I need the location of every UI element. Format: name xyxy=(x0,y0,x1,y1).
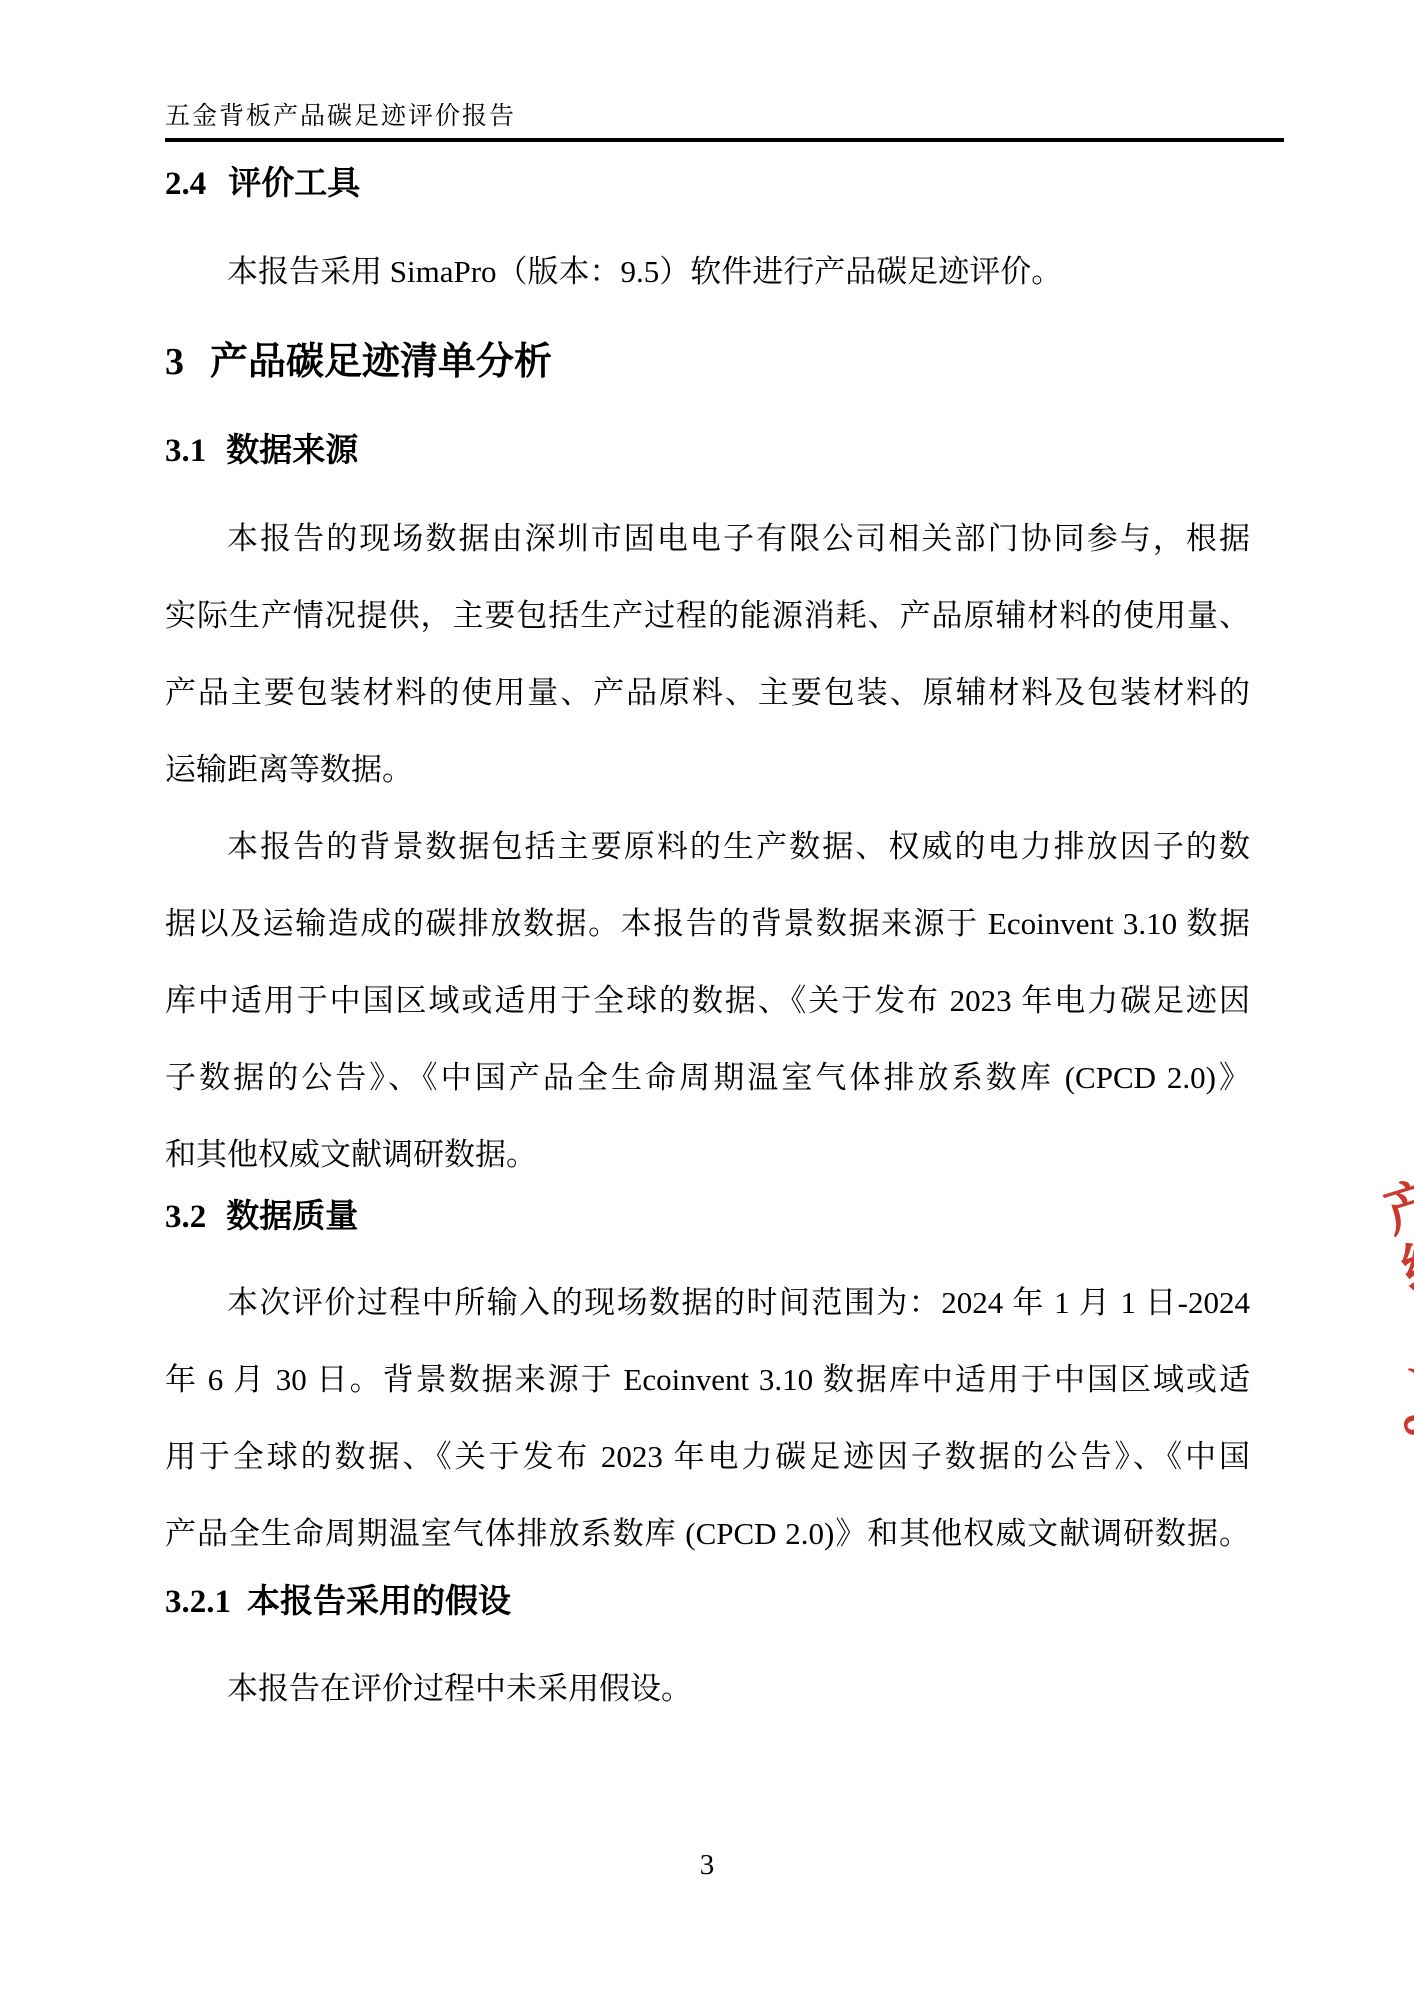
heading-3-2-title: 数据质量 xyxy=(226,1197,358,1234)
paragraph-line: 和其他权威文献调研数据。 xyxy=(165,1116,1250,1193)
paragraph-line: 本报告的现场数据由深圳市固电电子有限公司相关部门协同参与，根据 xyxy=(165,500,1250,577)
paragraph-line: 本报告在评价过程中未采用假设。 xyxy=(165,1650,1250,1727)
header-rule xyxy=(165,138,1284,142)
paragraph-data-source-1: 本报告的现场数据由深圳市固电电子有限公司相关部门协同参与，根据 实际生产情况提供… xyxy=(165,500,1250,808)
document-page: 五金背板产品碳足迹评价报告 2.4评价工具 本报告采用 SimaPro（版本：9… xyxy=(0,0,1414,2000)
paragraph-line: 实际生产情况提供，主要包括生产过程的能源消耗、产品原辅材料的使用量、 xyxy=(165,577,1250,654)
heading-3-number: 3 xyxy=(165,341,184,383)
page-number: 3 xyxy=(0,1845,1414,1885)
paragraph-data-source-2: 本报告的背景数据包括主要原料的生产数据、权威的电力排放因子的数 据以及运输造成的… xyxy=(165,808,1250,1193)
heading-3: 3产品碳足迹清单分析 xyxy=(165,337,1250,387)
paragraph-line: 本报告采用 SimaPro（版本：9.5）软件进行产品碳足迹评价。 xyxy=(165,233,1250,310)
heading-2-4: 2.4评价工具 xyxy=(165,162,1250,205)
paragraph-assumptions: 本报告在评价过程中未采用假设。 xyxy=(165,1650,1250,1727)
paragraph-line: 本报告的背景数据包括主要原料的生产数据、权威的电力排放因子的数 xyxy=(165,808,1250,885)
paragraph-data-quality: 本次评价过程中所输入的现场数据的时间范围为：2024 年 1 月 1 日-202… xyxy=(165,1264,1250,1572)
heading-2-4-title: 评价工具 xyxy=(228,164,360,201)
heading-3-1-title: 数据来源 xyxy=(226,431,358,468)
heading-3-2-1: 3.2.1本报告采用的假设 xyxy=(165,1580,1250,1623)
paragraph-line: 用于全球的数据、《关于发布 2023 年电力碳足迹因子数据的公告》、《中国 xyxy=(165,1418,1250,1495)
paragraph-line: 产品主要包装材料的使用量、产品原料、主要包装、原辅材料及包装材料的 xyxy=(165,654,1250,731)
paragraph-line: 库中适用于中国区域或适用于全球的数据、《关于发布 2023 年电力碳足迹因 xyxy=(165,962,1250,1039)
heading-3-1-number: 3.1 xyxy=(165,433,206,469)
heading-2-4-number: 2.4 xyxy=(165,166,206,202)
heading-3-1: 3.1数据来源 xyxy=(165,429,1250,472)
heading-3-2-1-number: 3.2.1 xyxy=(165,1584,231,1620)
paragraph-line: 年 6 月 30 日。背景数据来源于 Ecoinvent 3.10 数据库中适用… xyxy=(165,1341,1250,1418)
paragraph-line: 运输距离等数据。 xyxy=(165,731,1250,808)
heading-3-2-number: 3.2 xyxy=(165,1199,206,1235)
paragraph-evaluation-tool: 本报告采用 SimaPro（版本：9.5）软件进行产品碳足迹评价。 xyxy=(165,233,1250,310)
paragraph-line: 子数据的公告》、《中国产品全生命周期温室气体排放系数库 (CPCD 2.0)》 xyxy=(165,1039,1250,1116)
heading-3-2-1-title: 本报告采用的假设 xyxy=(247,1582,511,1619)
paragraph-line: 本次评价过程中所输入的现场数据的时间范围为：2024 年 1 月 1 日-202… xyxy=(165,1264,1250,1341)
paragraph-line: 产品全生命周期温室气体排放系数库 (CPCD 2.0)》和其他权威文献调研数据。 xyxy=(165,1495,1250,1572)
running-header-title: 五金背板产品碳足迹评价报告 xyxy=(165,0,1250,134)
heading-3-2: 3.2数据质量 xyxy=(165,1195,1250,1238)
paragraph-line: 据以及运输造成的碳排放数据。本报告的背景数据来源于 Ecoinvent 3.10… xyxy=(165,885,1250,962)
heading-3-title: 产品碳足迹清单分析 xyxy=(210,341,552,383)
